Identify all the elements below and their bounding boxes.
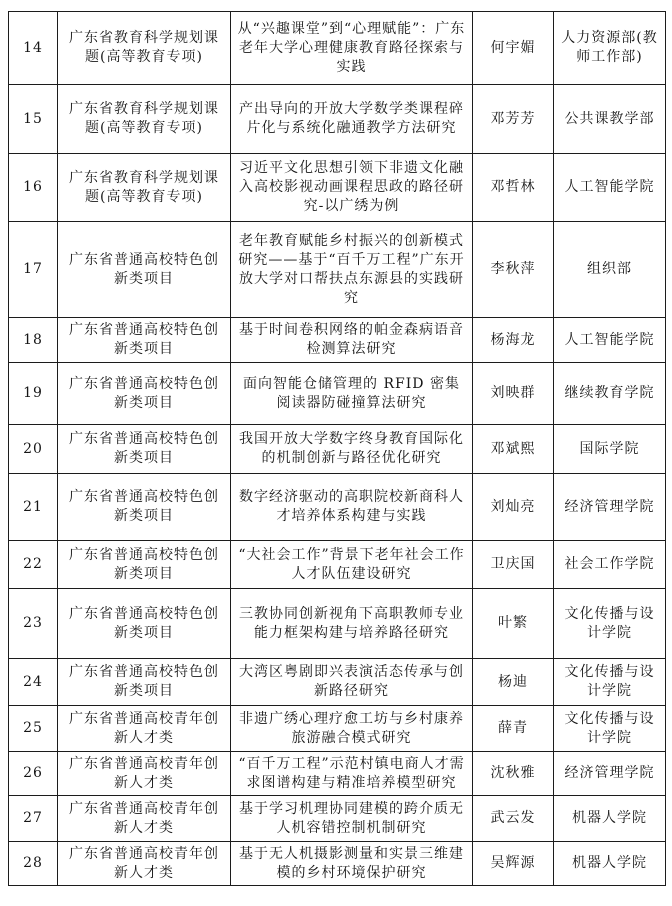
row-number-cell: 27 [9,796,58,842]
department-cell: 文化传播与设计学院 [554,589,666,659]
row-number-cell: 16 [9,154,58,222]
table-row: 18广东省普通高校特色创新类项目基于时间卷积网络的帕金森病语音检测算法研究杨海龙… [9,318,666,363]
project-category-cell: 广东省教育科学规划课题(高等教育专项) [58,85,231,154]
project-title-cell: 基于无人机摄影测量和实景三维建模的乡村环境保护研究 [231,842,473,886]
leader-name-cell: 武云发 [473,796,554,842]
department-cell: 人工智能学院 [554,154,666,222]
leader-name-cell: 叶繁 [473,589,554,659]
table-row: 17广东省普通高校特色创新类项目老年教育赋能乡村振兴的创新模式研究——基于“百千… [9,222,666,318]
leader-name-cell: 邓哲林 [473,154,554,222]
table-row: 21广东省普通高校特色创新类项目数字经济驱动的高职院校新商科人才培养体系构建与实… [9,474,666,541]
row-number-cell: 14 [9,12,58,85]
table-row: 20广东省普通高校特色创新类项目我国开放大学数字终身教育国际化的机制创新与路径优… [9,425,666,474]
project-list-table: 14广东省教育科学规划课题(高等教育专项)从“兴趣课堂”到“心理赋能”：广东老年… [8,11,666,886]
department-cell: 文化传播与设计学院 [554,706,666,752]
department-cell: 人力资源部(教师工作部) [554,12,666,85]
project-category-cell: 广东省普通高校青年创新人才类 [58,796,231,842]
row-number-cell: 22 [9,541,58,589]
project-category-cell: 广东省普通高校青年创新人才类 [58,842,231,886]
leader-name-cell: 沈秋雅 [473,752,554,796]
project-title-cell: 产出导向的开放大学数学类课程碎片化与系统化融通教学方法研究 [231,85,473,154]
department-cell: 人工智能学院 [554,318,666,363]
project-category-cell: 广东省普通高校特色创新类项目 [58,425,231,474]
table-row: 16广东省教育科学规划课题(高等教育专项)习近平文化思想引领下非遗文化融入高校影… [9,154,666,222]
row-number-cell: 25 [9,706,58,752]
table-body: 14广东省教育科学规划课题(高等教育专项)从“兴趣课堂”到“心理赋能”：广东老年… [9,12,666,886]
leader-name-cell: 杨迪 [473,659,554,706]
project-category-cell: 广东省普通高校特色创新类项目 [58,318,231,363]
project-title-cell: 非遗广绣心理疗愈工坊与乡村康养旅游融合模式研究 [231,706,473,752]
project-title-cell: 基于时间卷积网络的帕金森病语音检测算法研究 [231,318,473,363]
row-number-cell: 24 [9,659,58,706]
department-cell: 经济管理学院 [554,474,666,541]
project-title-cell: 三教协同创新视角下高职教师专业能力框架构建与培养路径研究 [231,589,473,659]
department-cell: 社会工作学院 [554,541,666,589]
table-row: 27广东省普通高校青年创新人才类基于学习机理协同建模的跨介质无人机容错控制机制研… [9,796,666,842]
row-number-cell: 15 [9,85,58,154]
table-row: 23广东省普通高校特色创新类项目三教协同创新视角下高职教师专业能力框架构建与培养… [9,589,666,659]
row-number-cell: 17 [9,222,58,318]
leader-name-cell: 刘映群 [473,363,554,425]
leader-name-cell: 邓斌熙 [473,425,554,474]
leader-name-cell: 吴辉源 [473,842,554,886]
project-title-cell: “大社会工作”背景下老年社会工作人才队伍建设研究 [231,541,473,589]
project-title-cell: 老年教育赋能乡村振兴的创新模式研究——基于“百千万工程”广东开放大学对口帮扶点东… [231,222,473,318]
department-cell: 公共课教学部 [554,85,666,154]
project-title-cell: 大湾区粤剧即兴表演活态传承与创新路径研究 [231,659,473,706]
leader-name-cell: 薛青 [473,706,554,752]
leader-name-cell: 刘灿亮 [473,474,554,541]
project-category-cell: 广东省普通高校特色创新类项目 [58,363,231,425]
table-row: 14广东省教育科学规划课题(高等教育专项)从“兴趣课堂”到“心理赋能”：广东老年… [9,12,666,85]
scanned-document-page: 14广东省教育科学规划课题(高等教育专项)从“兴趣课堂”到“心理赋能”：广东老年… [0,0,672,906]
project-category-cell: 广东省普通高校特色创新类项目 [58,222,231,318]
project-title-cell: 数字经济驱动的高职院校新商科人才培养体系构建与实践 [231,474,473,541]
leader-name-cell: 卫庆国 [473,541,554,589]
department-cell: 文化传播与设计学院 [554,659,666,706]
project-title-cell: 我国开放大学数字终身教育国际化的机制创新与路径优化研究 [231,425,473,474]
row-number-cell: 26 [9,752,58,796]
row-number-cell: 18 [9,318,58,363]
leader-name-cell: 李秋萍 [473,222,554,318]
department-cell: 机器人学院 [554,796,666,842]
project-category-cell: 广东省普通高校特色创新类项目 [58,474,231,541]
table-row: 24广东省普通高校特色创新类项目大湾区粤剧即兴表演活态传承与创新路径研究杨迪文化… [9,659,666,706]
table-row: 22广东省普通高校特色创新类项目“大社会工作”背景下老年社会工作人才队伍建设研究… [9,541,666,589]
department-cell: 机器人学院 [554,842,666,886]
row-number-cell: 20 [9,425,58,474]
project-category-cell: 广东省教育科学规划课题(高等教育专项) [58,12,231,85]
project-title-cell: 习近平文化思想引领下非遗文化融入高校影视动画课程思政的路径研究-以广绣为例 [231,154,473,222]
project-category-cell: 广东省普通高校特色创新类项目 [58,541,231,589]
project-category-cell: 广东省普通高校青年创新人才类 [58,706,231,752]
department-cell: 继续教育学院 [554,363,666,425]
table-row: 15广东省教育科学规划课题(高等教育专项)产出导向的开放大学数学类课程碎片化与系… [9,85,666,154]
project-title-cell: “百千万工程”示范村镇电商人才需求图谱构建与精准培养模型研究 [231,752,473,796]
row-number-cell: 21 [9,474,58,541]
project-category-cell: 广东省普通高校青年创新人才类 [58,752,231,796]
row-number-cell: 28 [9,842,58,886]
project-title-cell: 从“兴趣课堂”到“心理赋能”：广东老年大学心理健康教育路径探索与实践 [231,12,473,85]
department-cell: 国际学院 [554,425,666,474]
project-title-cell: 基于学习机理协同建模的跨介质无人机容错控制机制研究 [231,796,473,842]
project-category-cell: 广东省普通高校特色创新类项目 [58,589,231,659]
table-row: 19广东省普通高校特色创新类项目面向智能仓储管理的 RFID 密集阅读器防碰撞算… [9,363,666,425]
project-category-cell: 广东省教育科学规划课题(高等教育专项) [58,154,231,222]
row-number-cell: 23 [9,589,58,659]
leader-name-cell: 邓芳芳 [473,85,554,154]
project-category-cell: 广东省普通高校特色创新类项目 [58,659,231,706]
row-number-cell: 19 [9,363,58,425]
table-row: 25广东省普通高校青年创新人才类非遗广绣心理疗愈工坊与乡村康养旅游融合模式研究薛… [9,706,666,752]
table-row: 26广东省普通高校青年创新人才类“百千万工程”示范村镇电商人才需求图谱构建与精准… [9,752,666,796]
table-row: 28广东省普通高校青年创新人才类基于无人机摄影测量和实景三维建模的乡村环境保护研… [9,842,666,886]
department-cell: 经济管理学院 [554,752,666,796]
leader-name-cell: 何宇媚 [473,12,554,85]
project-title-cell: 面向智能仓储管理的 RFID 密集阅读器防碰撞算法研究 [231,363,473,425]
department-cell: 组织部 [554,222,666,318]
leader-name-cell: 杨海龙 [473,318,554,363]
